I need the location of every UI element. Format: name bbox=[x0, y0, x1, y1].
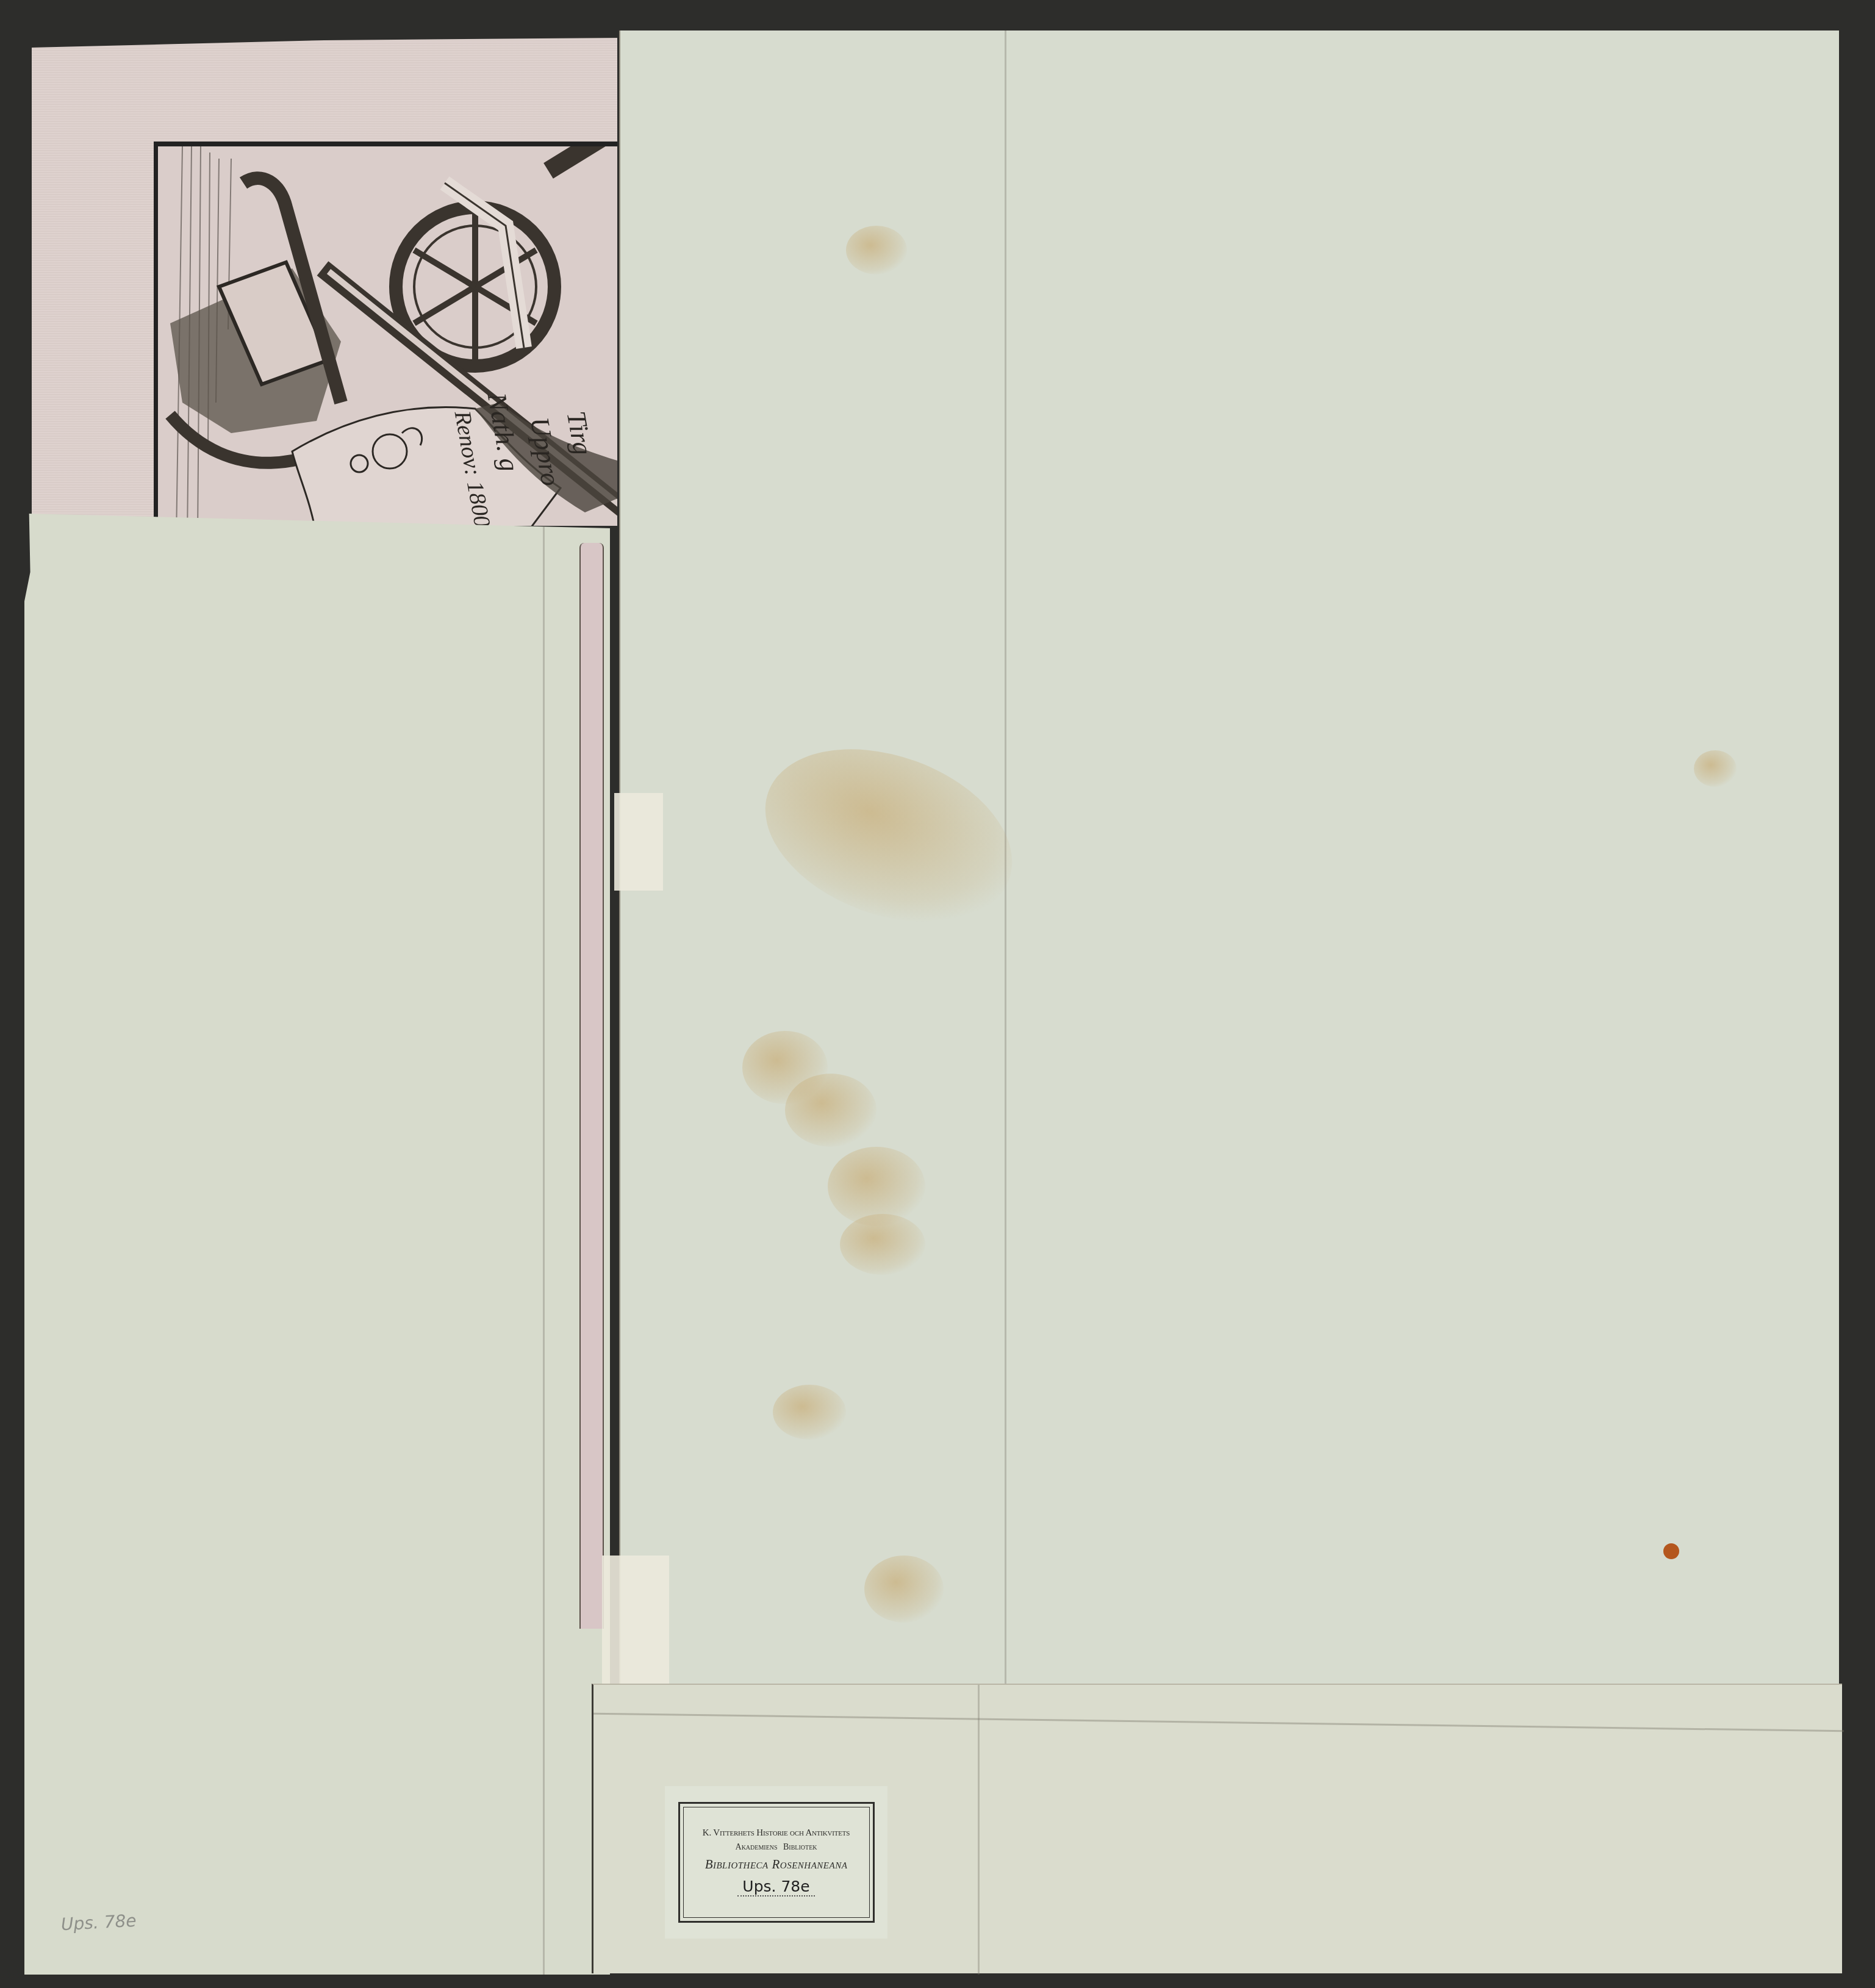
foxing-stain bbox=[846, 226, 907, 275]
fold-crease-vertical bbox=[978, 1685, 980, 1975]
fold-crease-horizontal bbox=[593, 1713, 1844, 1732]
engraving-sheet: Tirg Uppro Nath. g Renov: 1800 a bbox=[32, 38, 617, 526]
foxing-stain bbox=[864, 1556, 944, 1623]
main-paper-sheet bbox=[619, 31, 1839, 1690]
bookplate-library: Akademiens Bibliotek bbox=[736, 1843, 817, 1853]
pink-paper-strip bbox=[579, 543, 604, 1629]
repair-patch bbox=[614, 793, 663, 891]
bookplate-institution: K. Vitterhets Historie och Antikvitets bbox=[703, 1828, 850, 1839]
bookplate-shelfmark: Ups. 78e bbox=[737, 1878, 814, 1896]
left-paper-sheet bbox=[24, 514, 610, 1975]
foxing-stain bbox=[840, 1214, 925, 1275]
bookplate-border: K. Vitterhets Historie och Antikvitets A… bbox=[678, 1802, 875, 1923]
foxing-stain bbox=[1694, 750, 1737, 787]
library-bookplate: K. Vitterhets Historie och Antikvitets A… bbox=[665, 1786, 887, 1939]
rust-spot bbox=[1663, 1543, 1679, 1559]
water-stain bbox=[741, 717, 1036, 954]
repair-patch bbox=[602, 1556, 669, 1684]
pencil-shelfmark: Ups. 78e bbox=[60, 1911, 137, 1934]
fold-crease bbox=[543, 514, 545, 1975]
foxing-stain bbox=[785, 1074, 877, 1147]
bookplate-collection: Bibliotheca Rosenhaneana bbox=[705, 1857, 848, 1872]
engraving-plate: Tirg Uppro Nath. g Renov: 1800 a bbox=[154, 142, 623, 532]
foxing-stain bbox=[773, 1385, 846, 1440]
